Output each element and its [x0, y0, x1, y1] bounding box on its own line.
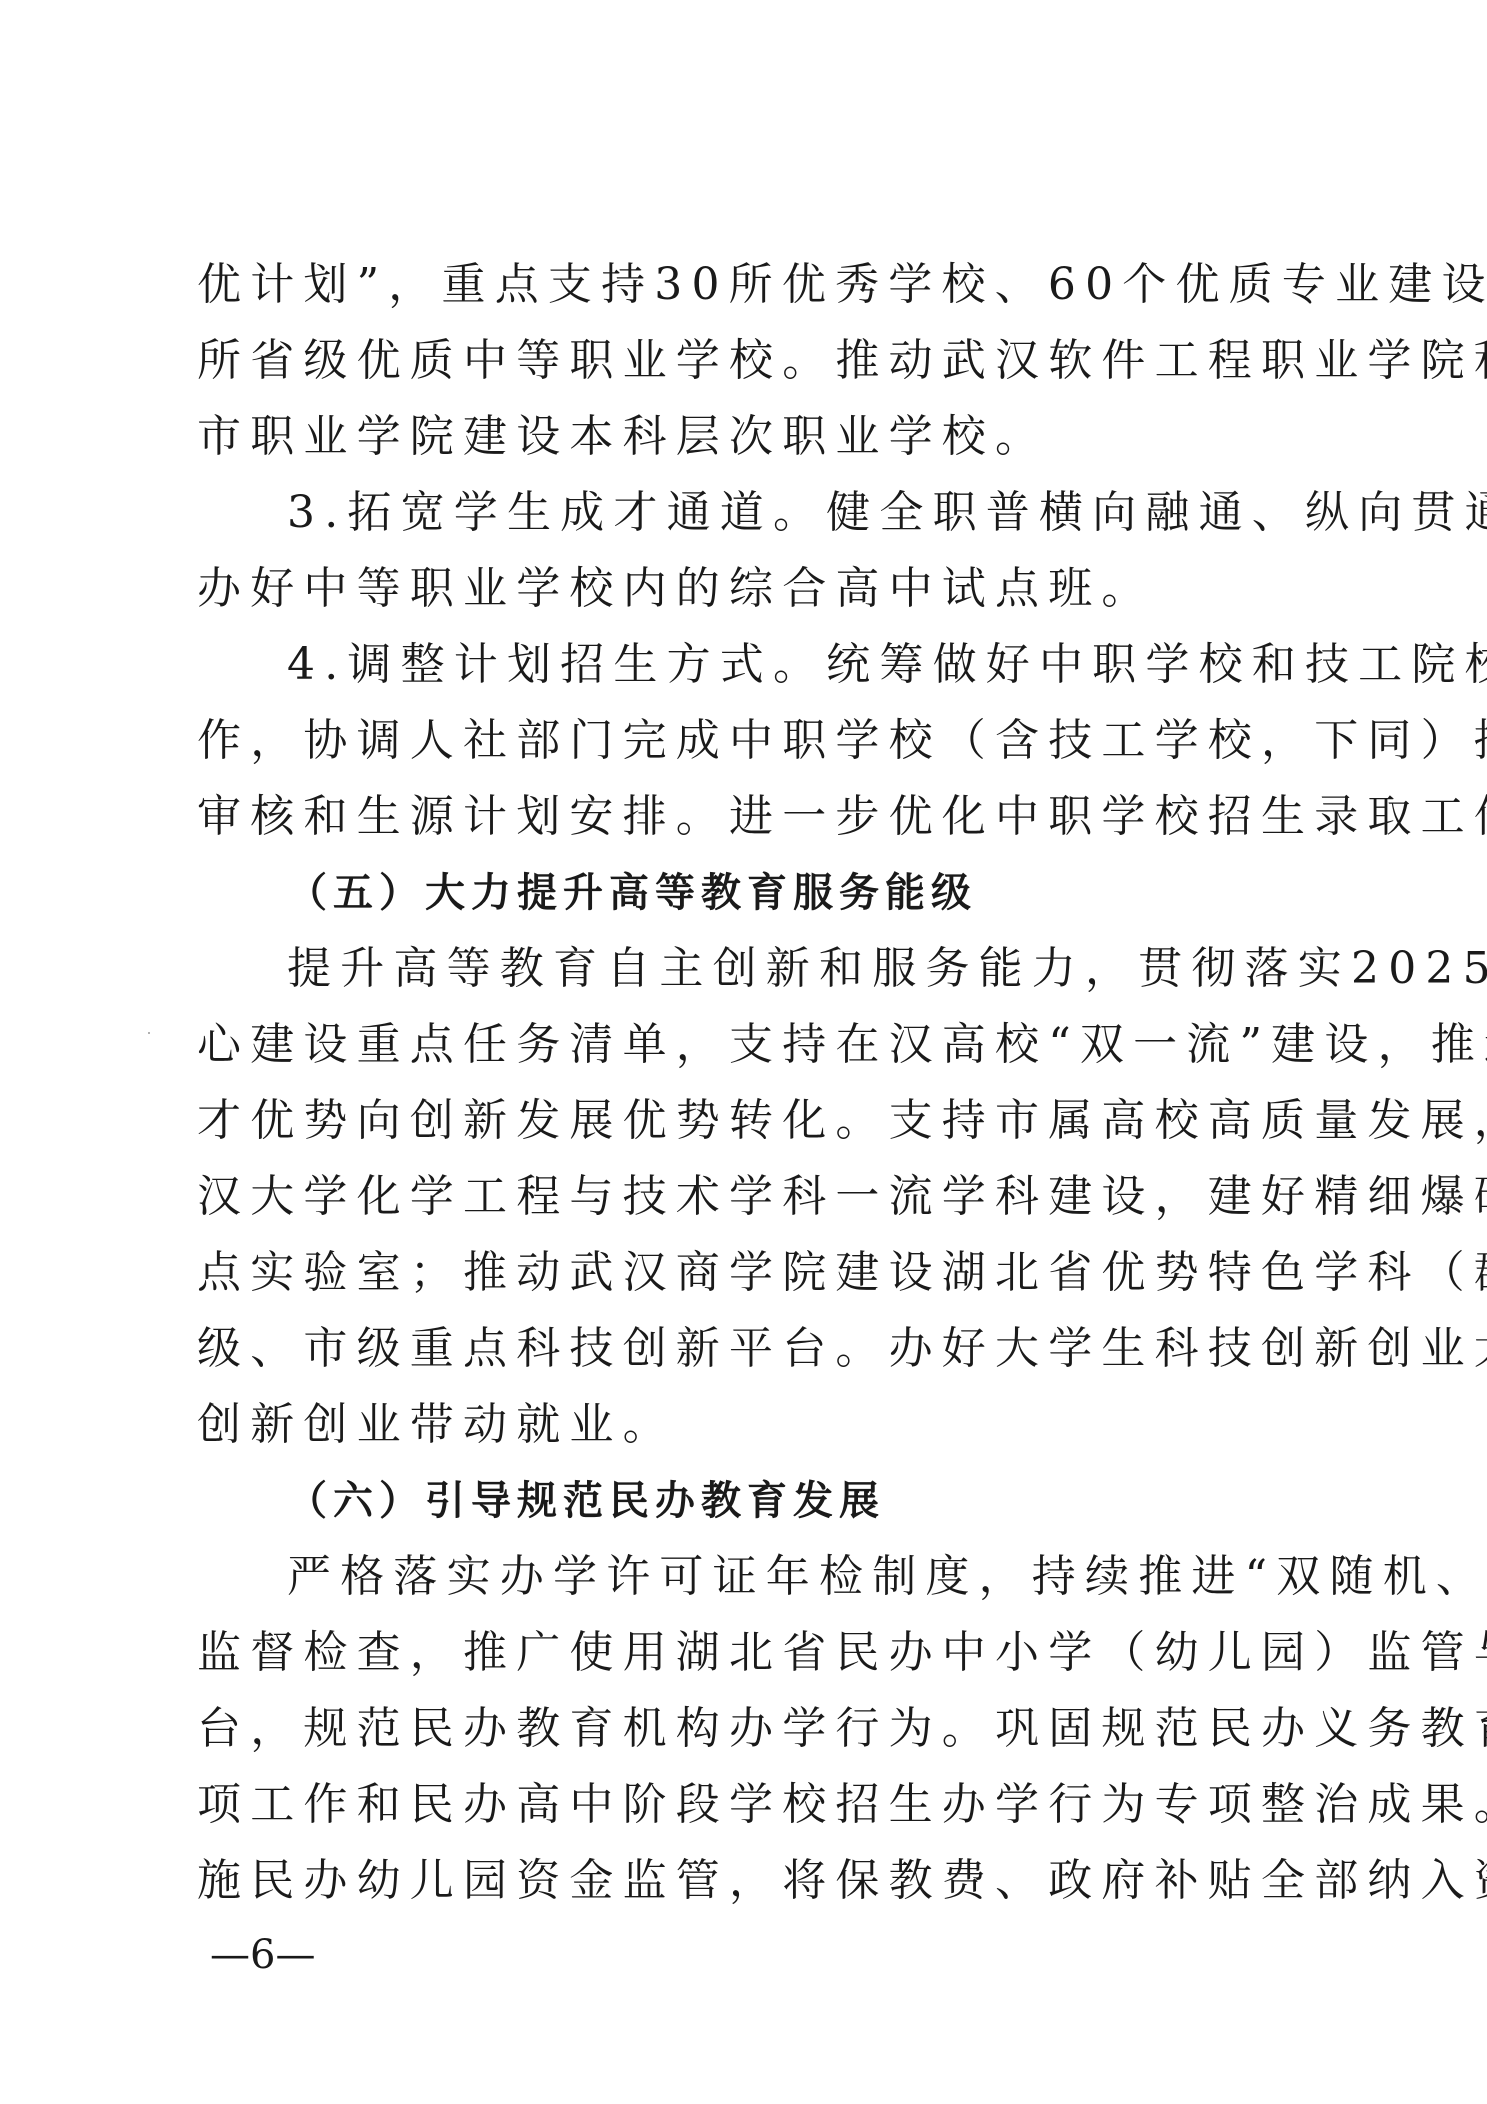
text-line-2: 所省级优质中等职业学校。推动武汉软件工程职业学院和武汉城 — [197, 334, 1289, 388]
text-line-22: 施民办幼儿园资金监管，将保教费、政府补贴全部纳入资金监管 — [197, 1854, 1289, 1908]
document-page: 优计划”，重点支持30所优秀学校、60个优质专业建设，创建18 所省级优质中等职… — [0, 0, 1487, 2104]
text-line-13: 汉大学化学工程与技术学科一流学科建设，建好精细爆破全国重 — [197, 1170, 1289, 1224]
text-line-19: 监督检查，推广使用湖北省民办中小学（幼儿园）监管与服务平 — [197, 1626, 1289, 1680]
text-line-12: 才优势向创新发展优势转化。支持市属高校高质量发展，支持江 — [197, 1094, 1289, 1148]
text-line-7: 作，协调人社部门完成中职学校（含技工学校，下同）招生资质 — [197, 714, 1289, 768]
text-line-11: 心建设重点任务清单，支持在汉高校“双一流”建设，推进科教人 — [197, 1018, 1289, 1072]
section-heading-5: （五）大力提升高等教育服务能级 — [287, 866, 977, 920]
text-line-21: 项工作和民办高中阶段学校招生办学行为专项整治成果。全面实 — [197, 1778, 1289, 1832]
section-heading-6: （六）引导规范民办教育发展 — [287, 1474, 885, 1528]
text-line-14: 点实验室；推动武汉商学院建设湖北省优势特色学科（群）和省 — [197, 1246, 1289, 1300]
text-line-8: 审核和生源计划安排。进一步优化中职学校招生录取工作。 — [197, 790, 1487, 844]
subsection-4-title-line: 4.调整计划招生方式。统筹做好中职学校和技工院校招生工 — [287, 638, 1289, 692]
text-line-15: 级、市级重点科技创新平台。办好大学生科技创新创业大赛，以 — [197, 1322, 1289, 1376]
text-line-18: 严格落实办学许可证年检制度，持续推进“双随机、一公开” — [287, 1550, 1289, 1604]
text-line-10: 提升高等教育自主创新和服务能力，贯彻落实2025年科创中 — [287, 942, 1289, 996]
text-line-20: 台，规范民办教育机构办学行为。巩固规范民办义务教育发展专 — [197, 1702, 1289, 1756]
text-line-16: 创新创业带动就业。 — [197, 1398, 676, 1452]
text-line-1: 优计划”，重点支持30所优秀学校、60个优质专业建设，创建18 — [197, 258, 1289, 312]
page-number: —6— — [210, 1930, 315, 1980]
subsection-3-title-line: 3.拓宽学生成才通道。健全职普横向融通、纵向贯通机制， — [287, 486, 1289, 540]
text-line-3: 市职业学院建设本科层次职业学校。 — [197, 410, 1048, 464]
text-line-5: 办好中等职业学校内的综合高中试点班。 — [197, 562, 1155, 616]
scan-speck — [148, 1032, 150, 1034]
